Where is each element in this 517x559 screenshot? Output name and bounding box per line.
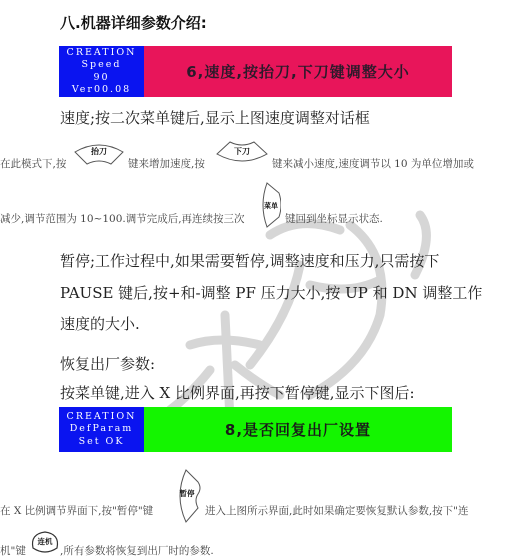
restore-text: 进入上图所示界面,此时如果确定要恢复默认参数,按下"连 xyxy=(205,503,469,518)
lcd-line: CREATION xyxy=(67,411,137,424)
speed-text: 键来减小速度,速度调节以 10 为单位增加或 xyxy=(272,156,474,171)
key-pause-icon: 暂停 xyxy=(172,468,202,524)
key-online-icon: 连机 xyxy=(30,530,60,558)
svg-text:菜单: 菜单 xyxy=(264,201,278,210)
key-menu-icon: 菜单 xyxy=(255,181,281,229)
restore-title: 恢复出厂参数: xyxy=(60,353,155,374)
speed-text: 在此模式下,按 xyxy=(0,156,66,171)
lcd-status-block: CREATION Speed 90 Ver00.08 xyxy=(59,46,144,97)
lcd-line: 90 xyxy=(93,72,109,85)
speed-text: 减少,调节范围为 10~100.调节完成后,再连续按三次 xyxy=(0,211,245,226)
svg-text:下刀: 下刀 xyxy=(234,146,250,156)
lcd-line: Ver00.08 xyxy=(72,84,131,97)
svg-text:抬刀: 抬刀 xyxy=(90,146,107,156)
section-heading: 八.机器详细参数介绍: xyxy=(60,12,207,33)
lcd-line: Speed xyxy=(82,59,122,72)
restore-text: 机"键 xyxy=(0,543,26,558)
restore-instruction: 按菜单键,进入 X 比例界面,再按下暂停键,显示下图后: xyxy=(60,382,415,403)
lcd-status-block: CREATION DefParam Set OK xyxy=(59,407,144,452)
pause-line: 速度的大小. xyxy=(60,313,140,334)
pause-line: 暂停;工作过程中,如果需要暂停,调整速度和压力,只需按下 xyxy=(60,250,439,271)
speed-text: 键回到坐标显示状态. xyxy=(285,211,383,226)
pause-line: PAUSE 键后,按+和-调整 PF 压力大小,按 UP 和 DN 调整工作 xyxy=(60,282,482,303)
lcd-line: DefParam xyxy=(70,423,134,436)
key-lower-knife-icon: 下刀 xyxy=(215,140,269,166)
lcd-line: CREATION xyxy=(67,47,137,60)
restore-text: ,所有参数将恢复到出厂时的参数. xyxy=(60,543,214,558)
key-lift-knife-icon: 抬刀 xyxy=(73,140,125,166)
lcd-line: Set OK xyxy=(79,436,125,449)
lcd-message: 8,是否回复出厂设置 xyxy=(144,407,452,452)
restore-text: 在 X 比例调节界面下,按"暂停"键 xyxy=(0,503,153,518)
lcd-panel-speed: CREATION Speed 90 Ver00.08 6,速度,按抬刀,下刀键调… xyxy=(59,46,452,97)
lcd-panel-restore: CREATION DefParam Set OK 8,是否回复出厂设置 xyxy=(59,407,452,452)
svg-text:连机: 连机 xyxy=(38,536,53,546)
lcd-message: 6,速度,按抬刀,下刀键调整大小 xyxy=(144,46,452,97)
speed-text: 键来增加速度,按 xyxy=(128,156,205,171)
svg-text:暂停: 暂停 xyxy=(180,488,195,498)
speed-caption: 速度;按二次菜单键后,显示上图速度调整对话框 xyxy=(60,107,370,128)
